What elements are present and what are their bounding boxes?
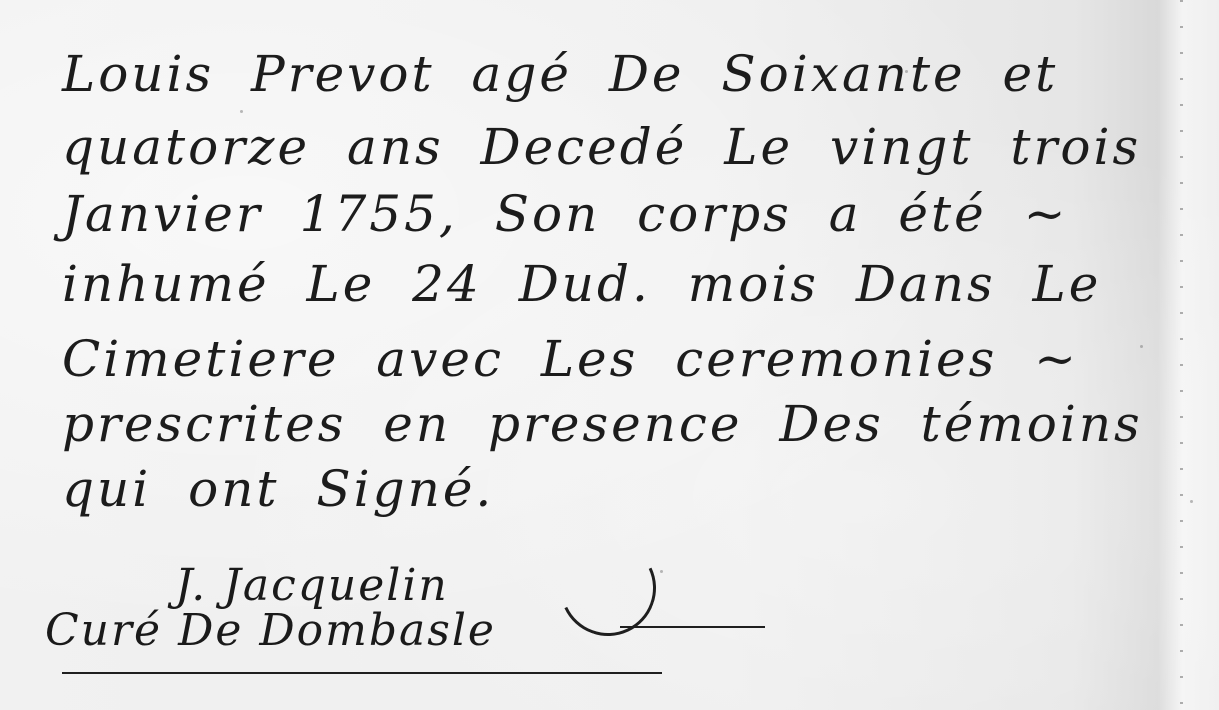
ink-speck [660,570,663,573]
signature-title: Curé De Dombasle [45,605,496,656]
signature-name: J. Jacquelin [175,560,449,611]
signature-underline-right [620,626,765,628]
record-line-6: prescrites en presence Des témoins [62,395,1143,453]
record-line-4: inhumé Le 24 Dud. mois Dans Le [62,255,1101,313]
document-page: Louis Prevot agé De Soixante et quatorze… [0,0,1219,710]
signature-flourish [546,526,669,649]
ink-speck [240,110,243,113]
record-line-3: Janvier 1755, Son corps a été ~ [62,185,1069,243]
record-line-1: Louis Prevot agé De Soixante et [62,45,1058,103]
page-fold-edge [1180,0,1183,710]
ink-speck [1140,345,1143,348]
record-line-2: quatorze ans Decedé Le vingt trois [62,118,1141,176]
record-line-7: qui ont Signé. [62,460,494,518]
record-line-5: Cimetiere avec Les ceremonies ~ [62,330,1079,388]
ink-speck [1190,500,1193,503]
signature-underline [62,672,662,674]
